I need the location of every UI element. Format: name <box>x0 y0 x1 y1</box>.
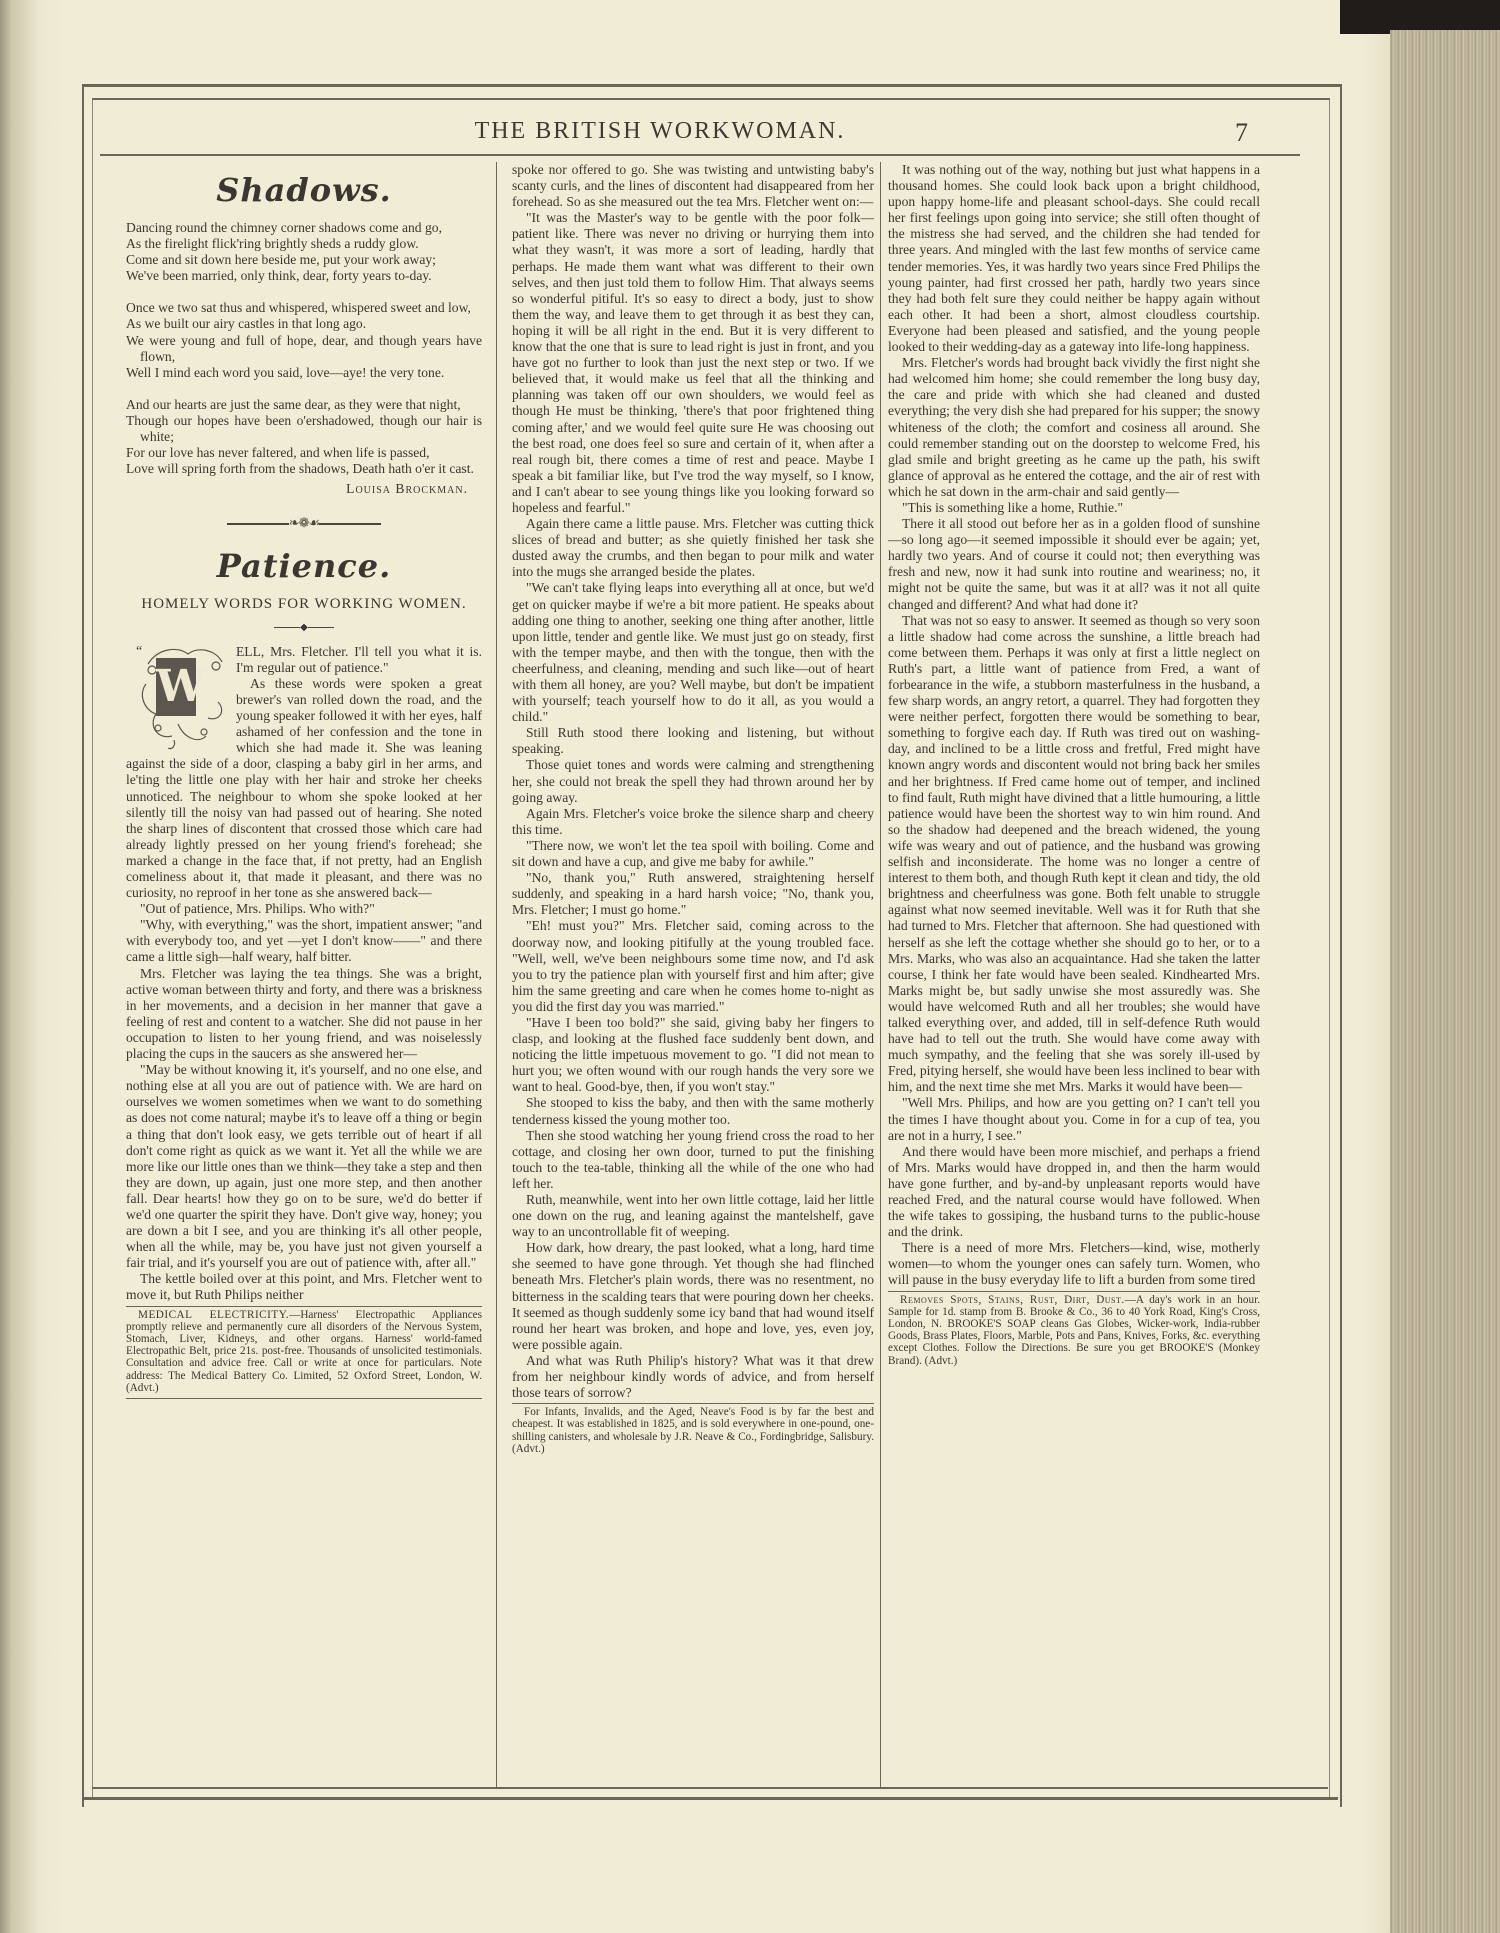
story-paragraph: Then she stood watching her young friend… <box>512 1128 874 1192</box>
dropcap-letter: W <box>156 658 196 716</box>
poem-line: As the firelight flick'ring brightly she… <box>126 236 482 252</box>
story-paragraph: "Well Mrs. Philips, and how are you gett… <box>888 1095 1260 1143</box>
story-paragraph: Again there came a little pause. Mrs. Fl… <box>512 516 874 580</box>
ad-body: —Harness' Electropathic Appliances promp… <box>126 1309 482 1394</box>
story-paragraph: And there would have been more mischief,… <box>888 1144 1260 1241</box>
advertisement-neaves-food: For Infants, Invalids, and the Aged, Nea… <box>512 1403 874 1455</box>
story-paragraph: Again Mrs. Fletcher's voice broke the si… <box>512 806 874 838</box>
page-border-bottom <box>92 1787 1328 1789</box>
fleuron-icon: ❧❁☙ <box>289 515 319 530</box>
poem-line: Love will spring forth from the shadows,… <box>126 461 482 477</box>
poem-line: For our love has never faltered, and whe… <box>126 445 482 461</box>
publication-title: THE BRITISH WORKWOMAN. <box>100 118 1220 145</box>
poem-line: And our hearts are just the same dear, a… <box>126 397 482 413</box>
ornamental-divider: ❧❁☙ <box>126 515 482 531</box>
column-right: It was nothing out of the way, nothing b… <box>888 162 1260 1367</box>
book-page-edges <box>1390 30 1500 1933</box>
story-paragraph: "Eh! must you?" Mrs. Fletcher said, comi… <box>512 918 874 1015</box>
page-number: 7 <box>1235 118 1248 148</box>
diamond-icon: ◆ <box>300 622 308 633</box>
story-paragraph: Mrs. Fletcher's words had brought back v… <box>888 355 1260 500</box>
story-paragraph: Those quiet tones and words were calming… <box>512 757 874 805</box>
gutter-shadow <box>0 0 40 1933</box>
story-paragraph: "Why, with everything," was the short, i… <box>126 917 482 965</box>
ad-heading: MEDICAL ELECTRICITY. <box>138 1309 289 1321</box>
story-paragraph: How dark, how dreary, the past looked, w… <box>512 1240 874 1353</box>
poem-line: As we built our airy castles in that lon… <box>126 316 482 332</box>
story-paragraph: It was nothing out of the way, nothing b… <box>888 162 1260 355</box>
column-divider-1 <box>496 162 497 1787</box>
poem-line: We were young and full of hope, dear, an… <box>126 333 482 365</box>
poem-line: Well I mind each word you said, love—aye… <box>126 365 482 381</box>
column-left: Shadows. Dancing round the chimney corne… <box>126 162 482 1399</box>
poem-author: Louisa Brockman. <box>126 481 468 497</box>
story-paragraph: "It was the Master's way to be gentle wi… <box>512 210 874 516</box>
column-divider-2 <box>880 162 881 1787</box>
story-paragraph: spoke nor offered to go. She was twistin… <box>512 162 874 210</box>
story-paragraph: There is a need of more Mrs. Fletchers—k… <box>888 1240 1260 1288</box>
column-middle: spoke nor offered to go. She was twistin… <box>512 162 874 1455</box>
story-paragraph: There it all stood out before her as in … <box>888 516 1260 613</box>
story-paragraph: Mrs. Fletcher was laying the tea things.… <box>126 966 482 1063</box>
advertisement-brookes-soap: Removes Spots, Stains, Rust, Dirt, Dust.… <box>888 1291 1260 1367</box>
ad-heading: Removes Spots, Stains, Rust, Dirt, Dust. <box>900 1294 1125 1306</box>
ad-rule <box>126 1398 482 1399</box>
poem-line: Come and sit down here beside me, put yo… <box>126 252 482 268</box>
story-opening: “ W ELL, Mrs. Fletcher. I'll tell you wh… <box>126 644 482 902</box>
page-border-bottom-outer <box>82 1797 1338 1800</box>
header-rule <box>100 154 1300 156</box>
small-divider: ◆ <box>126 620 482 636</box>
story-paragraph: "Out of patience, Mrs. Philips. Who with… <box>126 901 482 917</box>
story-paragraph: "This is something like a home, Ruthie." <box>888 500 1260 516</box>
story-paragraph: "Have I been too bold?" she said, giving… <box>512 1015 874 1095</box>
poem-line: Though our hopes have been o'ershadowed,… <box>126 413 482 445</box>
poem-line: Dancing round the chimney corner shadows… <box>126 220 482 236</box>
story-subtitle: HOMELY WORDS FOR WORKING WOMEN. <box>126 596 482 612</box>
story-paragraph: And what was Ruth Philip's history? What… <box>512 1353 874 1401</box>
poem-stanza: Once we two sat thus and whispered, whis… <box>126 300 482 380</box>
story-paragraph: "No, thank you," Ruth answered, straight… <box>512 870 874 918</box>
story-paragraph: Ruth, meanwhile, went into her own littl… <box>512 1192 874 1240</box>
ad-body: For Infants, Invalids, and the Aged, Nea… <box>512 1406 874 1455</box>
story-paragraph: Still Ruth stood there looking and liste… <box>512 725 874 757</box>
poem-title: Shadows. <box>126 168 482 212</box>
story-paragraph: "We can't take flying leaps into everyth… <box>512 580 874 725</box>
story-title: Patience. <box>126 544 482 588</box>
decorative-initial: “ W <box>138 644 230 752</box>
advertisement-medical-electricity: MEDICAL ELECTRICITY.—Harness' Electropat… <box>126 1306 482 1394</box>
poem-stanza: Dancing round the chimney corner shadows… <box>126 220 482 284</box>
book-background <box>1340 0 1500 34</box>
poem-shadows: Dancing round the chimney corner shadows… <box>126 220 482 497</box>
story-paragraph: That was not so easy to answer. It seeme… <box>888 613 1260 1096</box>
poem-stanza: And our hearts are just the same dear, a… <box>126 397 482 477</box>
story-paragraph: The kettle boiled over at this point, an… <box>126 1271 482 1303</box>
story-paragraph: "May be without knowing it, it's yoursel… <box>126 1062 482 1271</box>
masthead: THE BRITISH WORKWOMAN. 7 <box>100 112 1310 152</box>
poem-line: Once we two sat thus and whispered, whis… <box>126 300 482 316</box>
poem-line: We've been married, only think, dear, fo… <box>126 268 482 284</box>
story-paragraph: "There now, we won't let the tea spoil w… <box>512 838 874 870</box>
story-paragraph: She stooped to kiss the baby, and then w… <box>512 1095 874 1127</box>
